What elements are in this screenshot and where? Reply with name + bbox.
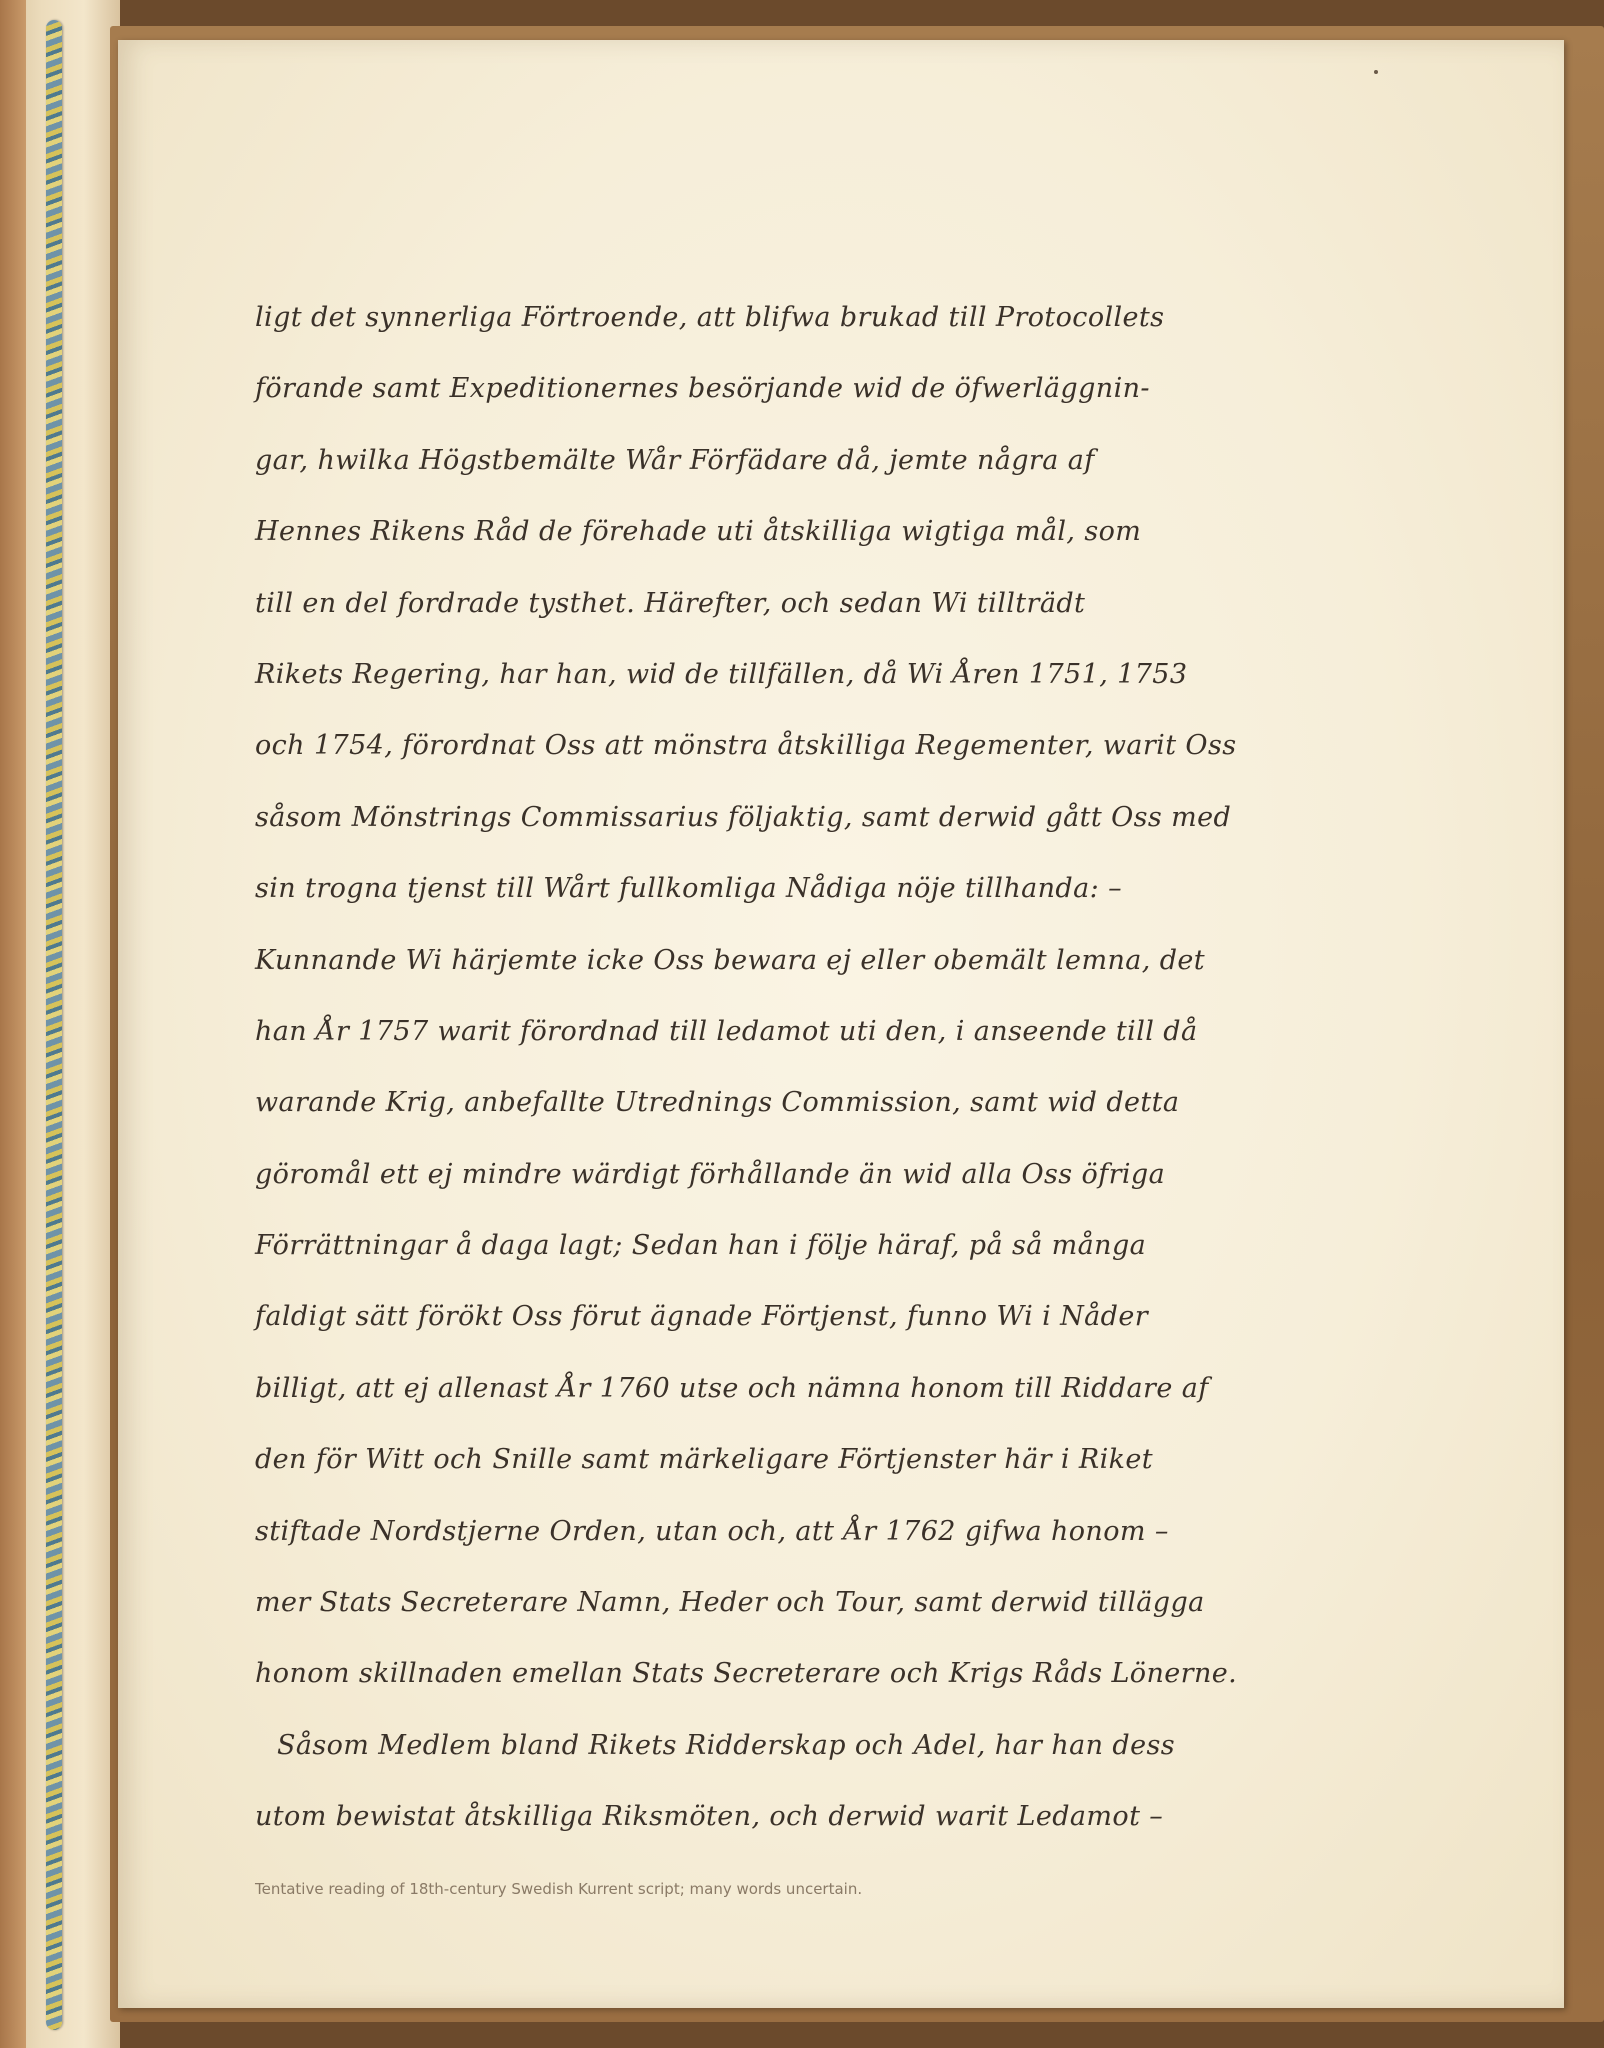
text-line: sin trogna tjenst till Wårt fullkomliga … bbox=[255, 853, 1295, 924]
text-line: stiftade Nordstjerne Orden, utan och, at… bbox=[255, 1496, 1295, 1567]
text-line: warande Krig, anbefallte Utrednings Comm… bbox=[255, 1067, 1295, 1138]
text-line: såsom Mönstrings Commissarius följaktig,… bbox=[255, 782, 1295, 853]
page-mark bbox=[1374, 70, 1378, 74]
text-line: Kunnande Wi härjemte icke Oss bewara ej … bbox=[255, 925, 1295, 996]
text-line: han År 1757 warit förordnad till ledamot… bbox=[255, 996, 1295, 1067]
text-line: utom bewistat åtskilliga Riksmöten, och … bbox=[255, 1781, 1295, 1852]
text-line: göromål ett ej mindre wärdigt förhålland… bbox=[255, 1139, 1295, 1210]
text-line: och 1754, förordnat Oss att mönstra åtsk… bbox=[255, 710, 1295, 781]
text-line: faldigt sätt förökt Oss förut ägnade För… bbox=[255, 1281, 1295, 1352]
text-line: gar, hwilka Högstbemälte Wår Förfädare d… bbox=[255, 425, 1295, 496]
text-line: Förrättningar å daga lagt; Sedan han i f… bbox=[255, 1210, 1295, 1281]
handwritten-text-block: ligt det synnerliga Förtroende, att blif… bbox=[255, 282, 1295, 1853]
text-line: Såsom Medlem bland Rikets Ridderskap och… bbox=[255, 1710, 1295, 1781]
text-line: honom skillnaden emellan Stats Secretera… bbox=[255, 1638, 1295, 1709]
text-line: till en del fordrade tysthet. Härefter, … bbox=[255, 568, 1295, 639]
text-line: den för Witt och Snille samt märkeligare… bbox=[255, 1424, 1295, 1495]
text-line: Hennes Rikens Råd de förehade uti åtskil… bbox=[255, 496, 1295, 567]
text-line: mer Stats Secreterare Namn, Heder och To… bbox=[255, 1567, 1295, 1638]
text-line: ligt det synnerliga Förtroende, att blif… bbox=[255, 282, 1295, 353]
binding-cord bbox=[46, 20, 62, 2030]
text-line: Rikets Regering, har han, wid de tillfäl… bbox=[255, 639, 1295, 710]
transcription-note: Tentative reading of 18th-century Swedis… bbox=[255, 1880, 1295, 1898]
text-line: förande samt Expeditionernes besörjande … bbox=[255, 353, 1295, 424]
text-line: billigt, att ej allenast År 1760 utse oc… bbox=[255, 1353, 1295, 1424]
